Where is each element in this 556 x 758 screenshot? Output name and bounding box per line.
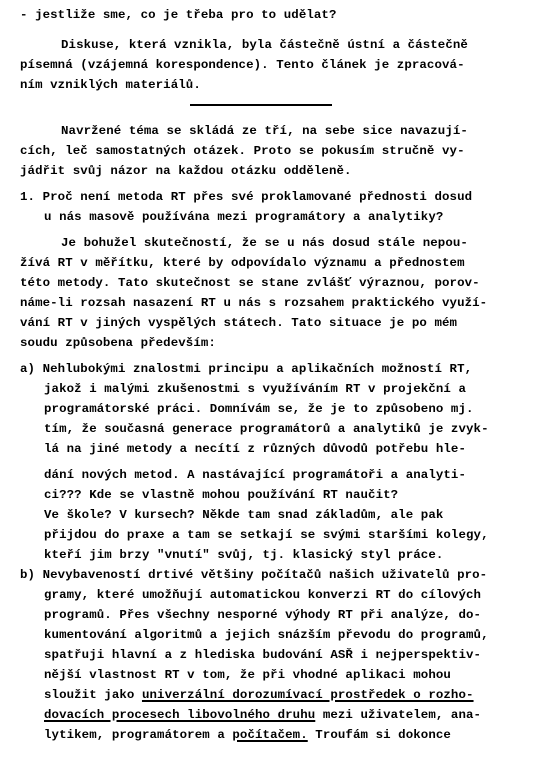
text-line: 1. Proč není metoda RT přes své proklamo… xyxy=(20,190,472,204)
text-line: jakož i malými zkušenostmi s využíváním … xyxy=(44,382,466,396)
text-segment: lytikem, programátorem a xyxy=(44,728,232,742)
text-segment: Troufám si dokonce xyxy=(308,728,451,742)
text-line: gramy, které umožňují automatickou konve… xyxy=(44,588,481,602)
text-line: přijdou do praxe a tam se setkají se svý… xyxy=(44,528,489,542)
text-line: ci??? Kde se vlastně mohou používání RT … xyxy=(44,488,398,502)
text-segment: mezi uživatelem, ana- xyxy=(315,708,481,722)
text-line: nější vlastnost RT v tom, že při vhodné … xyxy=(44,668,451,682)
text-line: náme-li rozsah nasazení RT u nás s rozsa… xyxy=(20,296,487,310)
text-line: sloužit jako univerzální dorozumívací pr… xyxy=(44,688,474,702)
text-line: soudu způsobena především: xyxy=(20,336,216,350)
typewritten-page: - jestliže sme, co je třeba pro to uděla… xyxy=(0,0,556,758)
text-line: b) Nevybaveností drtivé většiny počítačů… xyxy=(20,568,487,582)
text-line: tím, že současná generace programátorů a… xyxy=(44,422,489,436)
text-line: Diskuse, která vznikla, byla částečně ús… xyxy=(61,38,468,52)
underlined-phrase: univerzální dorozumívací prostředek o ro… xyxy=(142,688,474,702)
text-line: této metody. Tato skutečnost se stane zv… xyxy=(20,276,480,290)
text-segment: sloužit jako xyxy=(44,688,142,702)
text-line: dání nových metod. A nastávající program… xyxy=(44,468,466,482)
text-line: jádřit svůj názor na každou otázku odděl… xyxy=(20,164,352,178)
text-line: písemná (vzájemná korespondence). Tento … xyxy=(20,58,465,72)
text-line: u nás masově používána mezi programátory… xyxy=(44,210,443,224)
text-line: kteří jim brzy "vnutí" svůj, tj. klasick… xyxy=(44,548,443,562)
text-line: lá na jiné metody a necítí z různých dův… xyxy=(44,442,466,456)
text-line: dovacích procesech libovolného druhu mez… xyxy=(44,708,481,722)
text-line: lytikem, programátorem a počítačem. Trou… xyxy=(44,728,451,742)
text-line: programů. Přes všechny nesporné výhody R… xyxy=(44,608,481,622)
text-line: vání RT v jiných vyspělých státech. Tato… xyxy=(20,316,457,330)
text-line: ním vzniklých materiálů. xyxy=(20,78,201,92)
text-line: Navržené téma se skládá ze tří, na sebe … xyxy=(61,124,468,138)
section-divider xyxy=(190,104,332,106)
text-line: - jestliže sme, co je třeba pro to uděla… xyxy=(20,8,337,22)
text-line: Je bohužel skutečností, že se u nás dosu… xyxy=(61,236,468,250)
text-line: cích, leč samostatných otázek. Proto se … xyxy=(20,144,465,158)
text-line: a) Nehlubokými znalostmi principu a apli… xyxy=(20,362,472,376)
text-line: spatřuji hlavní a z hlediska budování AS… xyxy=(44,648,481,662)
text-line: Ve škole? V kursech? Někde tam snad zákl… xyxy=(44,508,443,522)
underlined-phrase: dovacích procesech libovolného druhu xyxy=(44,708,315,722)
underlined-phrase: počítačem. xyxy=(232,728,307,742)
text-line: žívá RT v měřítku, které by odpovídalo v… xyxy=(20,256,465,270)
text-line: programátorské práci. Domnívám se, že je… xyxy=(44,402,474,416)
text-line: kumentování algoritmů a jejich snázším p… xyxy=(44,628,489,642)
